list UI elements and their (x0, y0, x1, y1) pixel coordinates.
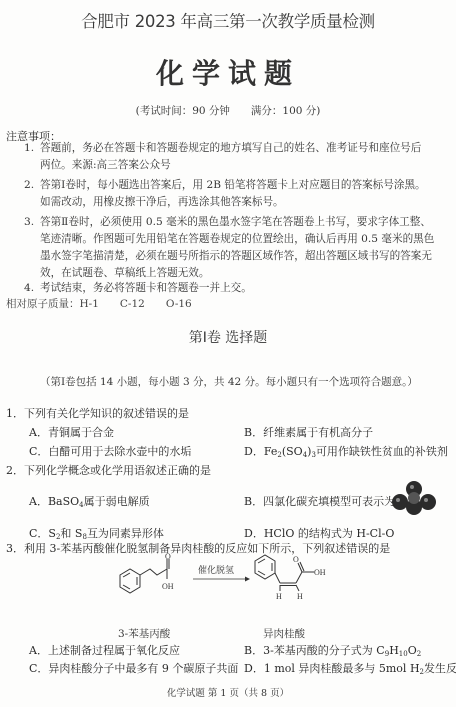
q1-option-c: C．白醋可用于去除水壶中的水垢 (29, 443, 191, 459)
note-3: 3.答第Ⅱ卷时，必须使用 0.5 毫米的黑色墨水签字笔在答题卷上书写，要求字体工… (24, 214, 452, 282)
text: D．1 mol 异肉桂酸最多与 5mol H (244, 662, 420, 675)
q2-option-b: B．四氯化碳充填模型可表示为 (244, 493, 395, 509)
question-2-stem: 2．下列化学概念或化学用语叙述正确的是 (6, 462, 211, 478)
note-text: 考试结束，务必将答题卡和答题卷一并上交。 (40, 282, 252, 294)
note-number: 3. (24, 214, 40, 231)
q3-option-d: D．1 mol 异肉桂酸最多与 5mol H2发生反应 (244, 660, 456, 676)
section-title: 第Ⅰ卷 选择题 (0, 327, 456, 347)
note-4: 4.考试结束，务必将答题卡和答题卷一并上交。 (24, 280, 452, 297)
note-text: 答第Ⅱ卷时，必须使用 0.5 毫米的黑色墨水签字笔在答题卷上书写，要求字体工整、 (40, 216, 431, 228)
text: 可用作缺铁性贫血的补铁剂 (316, 445, 448, 458)
reactant-name: 3-苯基丙酸 (118, 626, 170, 641)
note-text: 墨水签字笔描清楚，必须在题号所指示的答题区域作答，超出答题区域书写的答案无 (24, 248, 452, 265)
text: A．BaSO (29, 495, 79, 508)
note-text: 如需改动，用橡皮擦干净后，再选涂其他答案标号。 (24, 194, 452, 211)
note-number: 2. (24, 177, 40, 194)
text: H (389, 644, 399, 657)
text: 互为同素异形体 (87, 527, 164, 540)
hydrogen-label: H (297, 592, 303, 601)
note-text: 答第Ⅰ卷时，每小题选出答案后，用 2B 铅笔将答题卡上对应题目的答案标号涂黑。 (40, 179, 426, 191)
arrow-label: 催化脱氢 (198, 564, 234, 576)
note-text: 两位。来源:高三答案公众号 (24, 157, 452, 174)
q1-option-d: D．Fe2(SO4)3可用作缺铁性贫血的补铁剂 (244, 443, 448, 459)
note-number: 4. (24, 280, 40, 297)
text: (SO (282, 445, 303, 458)
q1-option-b: B．纤维素属于有机高分子 (244, 424, 373, 440)
q1-option-a: A．青铜属于合金 (29, 424, 114, 440)
exam-name: 合肥市 2023 年高三第一次教学质量检测 (0, 8, 456, 32)
note-1: 1.答题前，务必在答题卡和答题卷规定的地方填写自己的姓名、准考证号和座位号后 两… (24, 140, 452, 174)
hydrogen-label: H (276, 592, 282, 601)
section-instructions: （第Ⅰ卷包括 14 小题，每小题 3 分，共 42 分。每小题只有一个选项符合题… (40, 374, 418, 389)
text: 发生反应 (424, 662, 456, 675)
q3-option-c: C．异肉桂酸分子中最多有 9 个碳原子共面 (29, 660, 238, 676)
ccl4-space-filling-model-icon (392, 480, 436, 516)
exam-info: (考试时间：90 分钟 满分：100 分) (0, 103, 456, 118)
q3-option-b: B．3-苯基丙酸的分子式为 C9H10O2 (244, 642, 421, 658)
q2-option-a: A．BaSO4属于弱电解质 (29, 493, 150, 509)
product-name: 异肉桂酸 (263, 626, 305, 641)
page-footer: 化学试题 第 1 页（共 8 页） (0, 685, 456, 699)
q2-option-d: D．HClO 的结构式为 H-Cl-O (244, 525, 394, 541)
oxygen-label: O (165, 553, 171, 561)
note-text: 答题前，务必在答题卡和答题卷规定的地方填写自己的姓名、准考证号和座位号后 (40, 142, 421, 154)
subject-title: 化学试题 (0, 52, 456, 92)
text: 和 S (60, 527, 82, 540)
text: C．S (29, 527, 56, 540)
note-text: 笔迹清晰。作图题可先用铅笔在答题卷规定的位置绘出，确认后再用 0.5 毫米的黑色 (24, 231, 452, 248)
note-number: 1. (24, 140, 40, 157)
oxygen-label: O (293, 555, 299, 564)
hydroxyl-label: OH (162, 582, 174, 591)
subscript: 10 (399, 650, 408, 658)
text: B．3-苯基丙酸的分子式为 C (244, 644, 385, 657)
reaction-scheme-diagram: O OH 催化脱氢 O OH H H (100, 553, 340, 628)
hydroxyl-label: OH (314, 568, 326, 577)
text: D．Fe (244, 445, 277, 458)
q3-option-a: A．上述制备过程属于氧化反应 (29, 642, 180, 658)
note-2: 2.答第Ⅰ卷时，每小题选出答案后，用 2B 铅笔将答题卡上对应题目的答案标号涂黑… (24, 177, 452, 211)
text: O (408, 644, 417, 657)
text: 属于弱电解质 (84, 495, 150, 508)
subscript: 2 (417, 650, 421, 658)
atomic-masses: 相对原子质量：H-1 C-12 O-16 (6, 296, 192, 311)
q2-option-c: C．S2和 S8互为同素异形体 (29, 525, 164, 541)
question-1-stem: 1．下列有关化学知识的叙述错误的是 (6, 405, 189, 421)
